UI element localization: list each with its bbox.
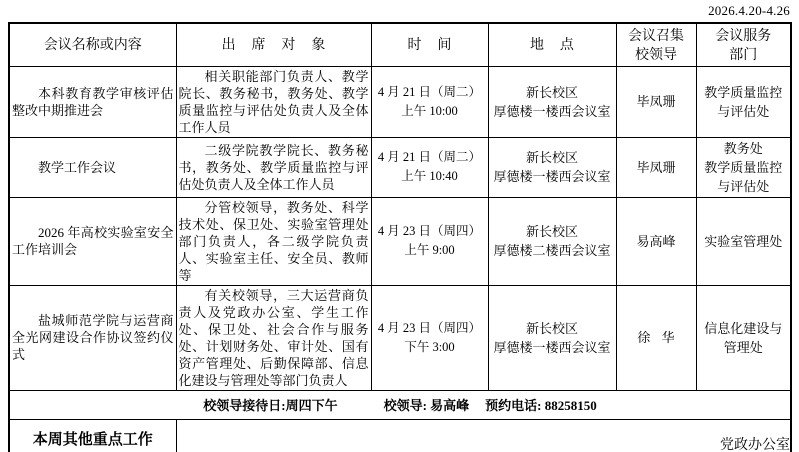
- header-meeting-name: 会议名称或内容: [9, 23, 176, 66]
- cell-leader: 易高峰: [616, 197, 696, 285]
- table-row: 2026 年高校实验室安全工作培训会 分管校领导，教务处、科学技术处、保卫处、实…: [9, 197, 791, 285]
- page: 2026.4.20-4.26 会议名称或内容 出 席 对 象 时 间 地 点 会…: [0, 0, 799, 452]
- other-work-content: [176, 419, 791, 452]
- header-convening-leader: 会议召集 校领导: [616, 23, 696, 66]
- header-attendees: 出 席 对 象: [176, 23, 371, 66]
- other-work-label: 本周其他重点工作: [9, 419, 176, 452]
- cell-meeting-name: 本科教育教学审核评估整改中期推进会: [9, 66, 176, 137]
- table-row: 盐城师范学院与运营商全光网建设合作协议签约仪式 有关校领导，三大运营商负责人及党…: [9, 285, 791, 390]
- cell-attendees: 有关校领导，三大运营商负责人及党政办公室、学生工作处、保卫处、社会合作与服务处、…: [176, 285, 371, 390]
- cell-leader: 毕凤珊: [616, 66, 696, 137]
- table-row: 本科教育教学审核评估整改中期推进会 相关职能部门负责人、教学院长、教务秘书，教务…: [9, 66, 791, 137]
- reception-day: 校领导接待日:周四下午: [203, 398, 337, 413]
- cell-department: 实验室管理处: [696, 197, 791, 285]
- cell-leader: 毕凤珊: [616, 137, 696, 197]
- cell-department: 信息化建设与 管理处: [696, 285, 791, 390]
- cell-location: 新长校区 厚德楼一楼西会议室: [488, 285, 616, 390]
- cell-department: 教务处 教学质量监控 与评估处: [696, 137, 791, 197]
- cell-meeting-name: 2026 年高校实验室安全工作培训会: [9, 197, 176, 285]
- cell-location: 新长校区 厚德楼一楼西会议室: [488, 137, 616, 197]
- cell-meeting-name: 教学工作会议: [9, 137, 176, 197]
- header-location: 地 点: [488, 23, 616, 66]
- cell-time: 4 月 23 日（周四） 上午 9:00: [371, 197, 488, 285]
- reception-phone: 预约电话: 88258150: [485, 398, 597, 413]
- signature: 党政办公室: [720, 434, 790, 452]
- cell-meeting-name: 盐城师范学院与运营商全光网建设合作协议签约仪式: [9, 285, 176, 390]
- reception-leader: 校领导: 易高峰: [384, 398, 470, 413]
- cell-attendees: 分管校领导，教务处、科学技术处、保卫处、实验室管理处部门负责人，各二级学院负责人…: [176, 197, 371, 285]
- cell-leader: 徐 华: [616, 285, 696, 390]
- reception-row: 校领导接待日:周四下午校领导: 易高峰预约电话: 88258150: [9, 390, 791, 419]
- cell-time: 4 月 21 日（周二） 上午 10:00: [371, 66, 488, 137]
- other-work-row: 本周其他重点工作: [9, 419, 791, 452]
- meeting-schedule-table: 会议名称或内容 出 席 对 象 时 间 地 点 会议召集 校领导 会议服务 部门…: [8, 22, 792, 452]
- reception-info: 校领导接待日:周四下午校领导: 易高峰预约电话: 88258150: [9, 390, 791, 419]
- cell-attendees: 二级学院教学院长、教务秘书，教务处、教学质量监控与评估处负责人及全体工作人员: [176, 137, 371, 197]
- cell-department: 教学质量监控 与评估处: [696, 66, 791, 137]
- table-row: 教学工作会议 二级学院教学院长、教务秘书，教务处、教学质量监控与评估处负责人及全…: [9, 137, 791, 197]
- header-row: 会议名称或内容 出 席 对 象 时 间 地 点 会议召集 校领导 会议服务 部门: [9, 23, 791, 66]
- cell-time: 4 月 23 日（周四） 下午 3:00: [371, 285, 488, 390]
- header-time: 时 间: [371, 23, 488, 66]
- date-range: 2026.4.20-4.26: [708, 3, 790, 19]
- cell-location: 新长校区 厚德楼二楼西会议室: [488, 197, 616, 285]
- header-service-dept: 会议服务 部门: [696, 23, 791, 66]
- cell-attendees: 相关职能部门负责人、教学院长、教务秘书，教务处、教学质量监控与评估处负责人及全体…: [176, 66, 371, 137]
- cell-location: 新长校区 厚德楼一楼西会议室: [488, 66, 616, 137]
- cell-time: 4 月 21 日（周二） 上午 10:40: [371, 137, 488, 197]
